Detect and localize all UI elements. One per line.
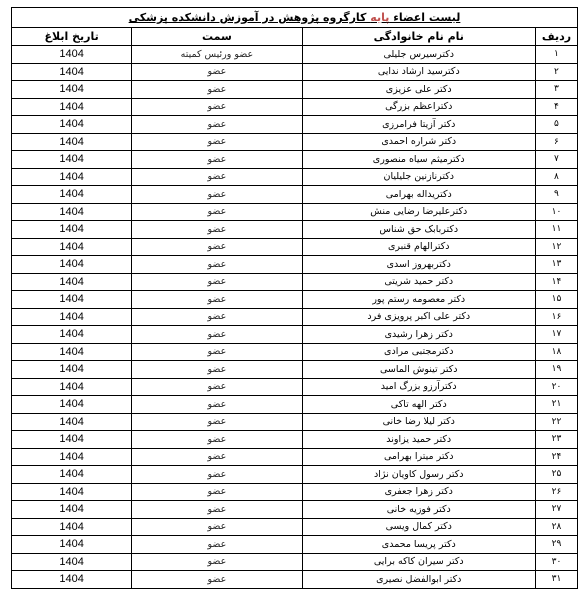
date-cell: 1404	[12, 63, 132, 81]
row-number-cell: ۱۹	[535, 361, 577, 379]
row-number-cell: ۹	[535, 186, 577, 204]
date-cell: 1404	[12, 553, 132, 571]
row-number-cell: ۲۸	[535, 518, 577, 536]
date-cell: 1404	[12, 378, 132, 396]
table-row: ۱۲دکترالهام قنبریعضو1404	[12, 238, 578, 256]
row-number-cell: ۳۱	[535, 571, 577, 589]
name-cell: دکتر رسول کاویان نژاد	[302, 466, 535, 484]
position-cell: عضو	[132, 413, 302, 431]
table-row: ۱۳دکتربهروز اسدیعضو1404	[12, 256, 578, 274]
position-cell: عضو	[132, 536, 302, 554]
row-number-cell: ۲۴	[535, 448, 577, 466]
name-cell: دکتر حمید شریتی	[302, 273, 535, 291]
position-cell: عضو	[132, 483, 302, 501]
date-cell: 1404	[12, 273, 132, 291]
position-cell: عضو	[132, 308, 302, 326]
name-cell: دکترآرزو بزرگ امید	[302, 378, 535, 396]
table-row: ۲۴دکتر میترا بهرامیعضو1404	[12, 448, 578, 466]
position-cell: عضو	[132, 203, 302, 221]
row-number-cell: ۱۶	[535, 308, 577, 326]
date-cell: 1404	[12, 536, 132, 554]
table-row: ۲۹دکتر پریسا محمدیعضو1404	[12, 536, 578, 554]
row-number-cell: ۲۲	[535, 413, 577, 431]
row-number-cell: ۷	[535, 151, 577, 169]
header-full-name: نام نام خانوادگی	[302, 28, 535, 46]
table-row: ۱۸دکترمجتبی مرادیعضو1404	[12, 343, 578, 361]
table-row: ۱۴دکتر حمید شریتیعضو1404	[12, 273, 578, 291]
table-row: ۳۱دکتر ابوالفضل نصیریعضو1404	[12, 571, 578, 589]
table-row: ۷دکترمیثم سیاه منصوریعضو1404	[12, 151, 578, 169]
name-cell: دکتر علی عزیزی	[302, 81, 535, 99]
position-cell: عضو	[132, 518, 302, 536]
date-cell: 1404	[12, 413, 132, 431]
position-cell: عضو	[132, 168, 302, 186]
row-number-cell: ۱۸	[535, 343, 577, 361]
date-cell: 1404	[12, 308, 132, 326]
table-row: ۱دکترسیرس جلیلیعضو ورئیس کمیته1404	[12, 46, 578, 64]
table-row: ۹دکتریداله بهرامیعضو1404	[12, 186, 578, 204]
position-cell: عضو	[132, 221, 302, 239]
date-cell: 1404	[12, 448, 132, 466]
header-row: ردیف نام نام خانوادگی سمت تاریخ ابلاغ	[12, 28, 578, 46]
date-cell: 1404	[12, 483, 132, 501]
position-cell: عضو	[132, 238, 302, 256]
row-number-cell: ۳	[535, 81, 577, 99]
table-row: ۲۰دکترآرزو بزرگ امیدعضو1404	[12, 378, 578, 396]
name-cell: دکتر فوزیه خانی	[302, 501, 535, 519]
name-cell: دکتر زهرا رشیدی	[302, 326, 535, 344]
date-cell: 1404	[12, 396, 132, 414]
name-cell: دکتر تینوش الماسی	[302, 361, 535, 379]
table-row: ۲۷دکتر فوزیه خانیعضو1404	[12, 501, 578, 519]
position-cell: عضو	[132, 501, 302, 519]
position-cell: عضو	[132, 186, 302, 204]
date-cell: 1404	[12, 256, 132, 274]
position-cell: عضو	[132, 571, 302, 589]
position-cell: عضو	[132, 378, 302, 396]
position-cell: عضو	[132, 256, 302, 274]
position-cell: عضو	[132, 431, 302, 449]
name-cell: دکتراعظم بزرگی	[302, 98, 535, 116]
row-number-cell: ۲۵	[535, 466, 577, 484]
date-cell: 1404	[12, 151, 132, 169]
row-number-cell: ۱۴	[535, 273, 577, 291]
position-cell: عضو	[132, 396, 302, 414]
header-position: سمت	[132, 28, 302, 46]
table-row: ۱۹دکتر تینوش الماسیعضو1404	[12, 361, 578, 379]
members-table: لیست اعضاء پایه کارگروه پژوهش در آموزش د…	[11, 7, 578, 589]
name-cell: دکتر معصومه رستم پور	[302, 291, 535, 309]
table-row: ۲دکترسید ارشاد نداییعضو1404	[12, 63, 578, 81]
position-cell: عضو	[132, 326, 302, 344]
row-number-cell: ۲	[535, 63, 577, 81]
row-number-cell: ۸	[535, 168, 577, 186]
date-cell: 1404	[12, 343, 132, 361]
row-number-cell: ۱۱	[535, 221, 577, 239]
name-cell: دکتر میترا بهرامی	[302, 448, 535, 466]
row-number-cell: ۴	[535, 98, 577, 116]
name-cell: دکتر زهرا جعفری	[302, 483, 535, 501]
position-cell: عضو	[132, 116, 302, 134]
name-cell: دکتر حمید یزاوند	[302, 431, 535, 449]
table-row: ۲۶دکتر زهرا جعفریعضو1404	[12, 483, 578, 501]
name-cell: دکتر الهه تاکی	[302, 396, 535, 414]
name-cell: دکتریداله بهرامی	[302, 186, 535, 204]
date-cell: 1404	[12, 238, 132, 256]
name-cell: دکترسیرس جلیلی	[302, 46, 535, 64]
title-accent-word: پایه	[370, 11, 389, 24]
name-cell: دکترعلیرضا رضایی منش	[302, 203, 535, 221]
position-cell: عضو	[132, 291, 302, 309]
table-row: ۲۸دکتر کمال ویسیعضو1404	[12, 518, 578, 536]
row-number-cell: ۲۶	[535, 483, 577, 501]
table-row: ۲۲دکتر لیلا رضا خانیعضو1404	[12, 413, 578, 431]
position-cell: عضو	[132, 553, 302, 571]
name-cell: دکترمجتبی مرادی	[302, 343, 535, 361]
table-title: لیست اعضاء پایه کارگروه پژوهش در آموزش د…	[12, 8, 578, 28]
position-cell: عضو ورئیس کمیته	[132, 46, 302, 64]
name-cell: دکتر ابوالفضل نصیری	[302, 571, 535, 589]
date-cell: 1404	[12, 501, 132, 519]
date-cell: 1404	[12, 221, 132, 239]
table-row: ۴دکتراعظم بزرگیعضو1404	[12, 98, 578, 116]
date-cell: 1404	[12, 81, 132, 99]
title-text-part1: لیست اعضاء	[389, 11, 460, 24]
table-body: ۱دکترسیرس جلیلیعضو ورئیس کمیته1404۲دکترس…	[12, 46, 578, 589]
row-number-cell: ۲۳	[535, 431, 577, 449]
date-cell: 1404	[12, 116, 132, 134]
date-cell: 1404	[12, 186, 132, 204]
name-cell: دکتربهروز اسدی	[302, 256, 535, 274]
table-row: ۱۷دکتر زهرا رشیدیعضو1404	[12, 326, 578, 344]
date-cell: 1404	[12, 571, 132, 589]
table-row: ۱۱دکتربابک حق شناسعضو1404	[12, 221, 578, 239]
table-row: ۳دکتر علی عزیزیعضو1404	[12, 81, 578, 99]
position-cell: عضو	[132, 448, 302, 466]
name-cell: دکتربابک حق شناس	[302, 221, 535, 239]
row-number-cell: ۲۱	[535, 396, 577, 414]
row-number-cell: ۱۷	[535, 326, 577, 344]
table-row: ۱۰دکترعلیرضا رضایی منشعضو1404	[12, 203, 578, 221]
name-cell: دکترمیثم سیاه منصوری	[302, 151, 535, 169]
date-cell: 1404	[12, 203, 132, 221]
position-cell: عضو	[132, 466, 302, 484]
date-cell: 1404	[12, 431, 132, 449]
row-number-cell: ۱۵	[535, 291, 577, 309]
date-cell: 1404	[12, 98, 132, 116]
table-row: ۲۱دکتر الهه تاکیعضو1404	[12, 396, 578, 414]
position-cell: عضو	[132, 151, 302, 169]
position-cell: عضو	[132, 361, 302, 379]
row-number-cell: ۵	[535, 116, 577, 134]
name-cell: دکتر سیران کاکه برایی	[302, 553, 535, 571]
name-cell: دکترنازنین جلیلیان	[302, 168, 535, 186]
date-cell: 1404	[12, 168, 132, 186]
position-cell: عضو	[132, 343, 302, 361]
position-cell: عضو	[132, 63, 302, 81]
name-cell: دکتر شراره احمدی	[302, 133, 535, 151]
date-cell: 1404	[12, 291, 132, 309]
date-cell: 1404	[12, 466, 132, 484]
row-number-cell: ۳۰	[535, 553, 577, 571]
name-cell: دکتر آزیتا فرامرزی	[302, 116, 535, 134]
row-number-cell: ۲۰	[535, 378, 577, 396]
table-row: ۶دکتر شراره احمدیعضو1404	[12, 133, 578, 151]
table-row: ۲۳دکتر حمید یزاوندعضو1404	[12, 431, 578, 449]
name-cell: دکتر لیلا رضا خانی	[302, 413, 535, 431]
table-row: ۵دکتر آزیتا فرامرزیعضو1404	[12, 116, 578, 134]
table-row: ۱۶دکتر علی اکبر پرویزی فردعضو1404	[12, 308, 578, 326]
row-number-cell: ۲۷	[535, 501, 577, 519]
name-cell: دکتر علی اکبر پرویزی فرد	[302, 308, 535, 326]
name-cell: دکتر کمال ویسی	[302, 518, 535, 536]
table-row: ۳۰دکتر سیران کاکه براییعضو1404	[12, 553, 578, 571]
row-number-cell: ۱۰	[535, 203, 577, 221]
position-cell: عضو	[132, 273, 302, 291]
name-cell: دکترالهام قنبری	[302, 238, 535, 256]
row-number-cell: ۲۹	[535, 536, 577, 554]
header-notification-date: تاریخ ابلاغ	[12, 28, 132, 46]
position-cell: عضو	[132, 81, 302, 99]
position-cell: عضو	[132, 133, 302, 151]
table-title-row: لیست اعضاء پایه کارگروه پژوهش در آموزش د…	[12, 8, 578, 28]
name-cell: دکترسید ارشاد ندایی	[302, 63, 535, 81]
position-cell: عضو	[132, 98, 302, 116]
date-cell: 1404	[12, 326, 132, 344]
title-text-part2: کارگروه پژوهش در آموزش دانشکده پزشکی	[129, 11, 371, 24]
row-number-cell: ۶	[535, 133, 577, 151]
row-number-cell: ۱	[535, 46, 577, 64]
date-cell: 1404	[12, 46, 132, 64]
date-cell: 1404	[12, 133, 132, 151]
table-row: ۸دکترنازنین جلیلیانعضو1404	[12, 168, 578, 186]
header-row-number: ردیف	[535, 28, 577, 46]
row-number-cell: ۱۲	[535, 238, 577, 256]
name-cell: دکتر پریسا محمدی	[302, 536, 535, 554]
table-row: ۲۵دکتر رسول کاویان نژادعضو1404	[12, 466, 578, 484]
date-cell: 1404	[12, 518, 132, 536]
date-cell: 1404	[12, 361, 132, 379]
row-number-cell: ۱۳	[535, 256, 577, 274]
table-row: ۱۵دکتر معصومه رستم پورعضو1404	[12, 291, 578, 309]
